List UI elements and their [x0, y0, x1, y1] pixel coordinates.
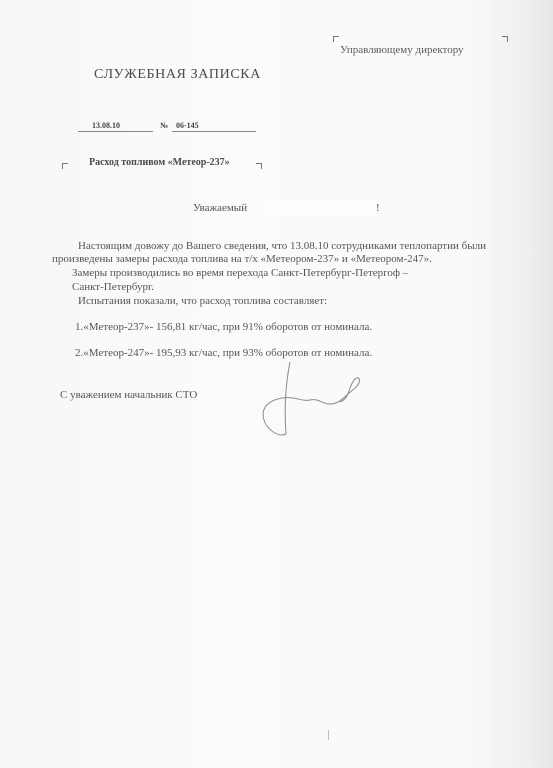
subject-corner-right-mark — [256, 163, 262, 169]
number-label: № — [160, 121, 168, 130]
result-item-1: 1.«Метеор-237»- 156,81 кг/час, при 91% о… — [75, 321, 372, 333]
document-number: 06-145 — [176, 121, 199, 130]
redacted-name — [258, 201, 376, 215]
subject-corner-left-mark — [62, 163, 68, 169]
salutation-suffix: ! — [376, 202, 380, 214]
closing-line: С уважением начальник СТО — [60, 389, 197, 401]
addressee-corner-right-mark — [502, 36, 508, 42]
body-paragraph2-line2: Санкт-Петербург. — [72, 281, 154, 293]
scan-mark — [328, 730, 329, 740]
document-title: СЛУЖЕБНАЯ ЗАПИСКА — [94, 67, 261, 83]
salutation-prefix: Уважаемый — [193, 202, 247, 214]
body-paragraph2-line1: Замеры производились во время перехода С… — [72, 267, 408, 279]
addressee-corner-left-mark — [333, 36, 339, 42]
document-date: 13.08.10 — [92, 121, 120, 130]
date-underline — [78, 131, 153, 132]
body-paragraph1-line2: произведены замеры расхода топлива на т/… — [52, 253, 432, 265]
signature-icon — [250, 362, 370, 442]
body-paragraph1-line1: Настоящим довожу до Вашего сведения, что… — [78, 240, 486, 252]
subject-line: Расход топливом «Метеор-237» — [89, 157, 230, 168]
addressee: Управляющему директору — [340, 44, 464, 56]
result-item-2: 2.«Метеор-247»- 195,93 кг/час, при 93% о… — [75, 347, 372, 359]
number-underline — [172, 131, 256, 132]
body-paragraph3: Испытания показали, что расход топлива с… — [78, 295, 327, 307]
